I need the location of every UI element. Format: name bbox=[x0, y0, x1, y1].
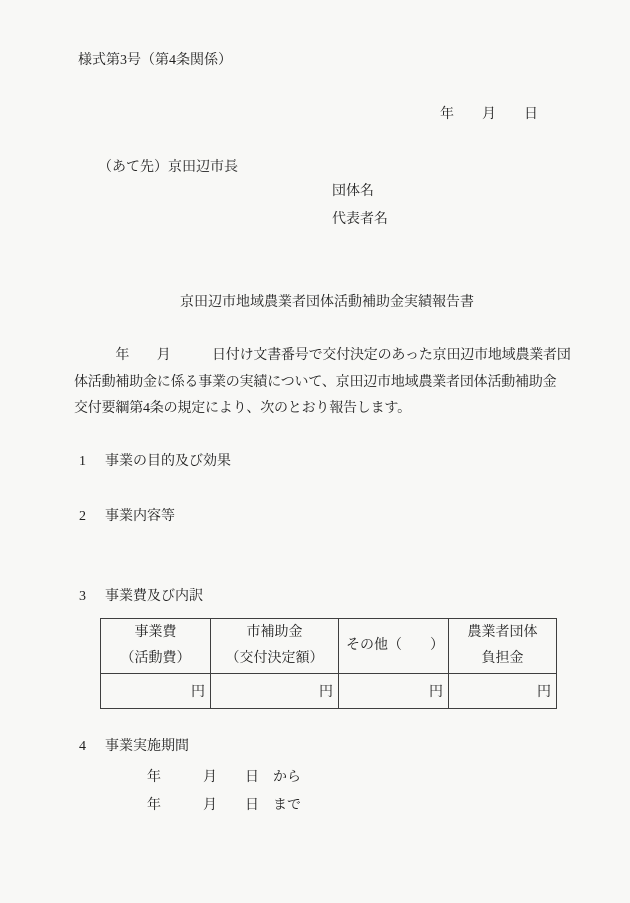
period-to-line: 年 月 日 まで bbox=[147, 796, 301, 816]
header-cell-city-subsidy: 市補助金 （交付決定額） bbox=[211, 619, 339, 674]
section-number: 4 bbox=[79, 737, 105, 757]
paragraph-line: 体活動補助金に係る事業の実績について、京田辺市地域農業者団体活動補助金 bbox=[74, 370, 574, 397]
amount-cell-group-burden: 円 bbox=[449, 674, 557, 709]
header-cell-group-burden: 農業者団体 負担金 bbox=[449, 619, 557, 674]
budget-table-header-row: 事業費 （活動費） 市補助金 （交付決定額） その他（ ） 農業者団体 負担金 bbox=[101, 619, 557, 674]
representative-label: 代表者名 bbox=[332, 210, 388, 230]
section-number: 2 bbox=[79, 507, 105, 527]
header-cell-project-cost: 事業費 （活動費） bbox=[101, 619, 211, 674]
amount-cell-project-cost: 円 bbox=[101, 674, 211, 709]
document-page: 様式第3号（第4条関係） 年 月 日 （あて先）京田辺市長 団体名 代表者名 京… bbox=[0, 0, 630, 903]
section-label: 事業の目的及び効果 bbox=[105, 454, 231, 469]
header-line: （交付決定額） bbox=[211, 646, 338, 672]
period-from-line: 年 月 日 から bbox=[147, 768, 301, 788]
budget-table: 事業費 （活動費） 市補助金 （交付決定額） その他（ ） 農業者団体 負担金 bbox=[100, 618, 557, 709]
header-line: 農業者団体 bbox=[449, 620, 556, 646]
section-label: 事業実施期間 bbox=[105, 739, 189, 754]
section-number: 3 bbox=[79, 587, 105, 607]
header-line: 事業費 bbox=[101, 620, 210, 646]
section-heading-budget: 3事業費及び内訳 bbox=[79, 587, 203, 607]
addressee: （あて先）京田辺市長 bbox=[98, 158, 238, 178]
paragraph-line: 年 月 日付け文書番号で交付決定のあった京田辺市地域農業者団 bbox=[74, 343, 574, 370]
section-label: 事業費及び内訳 bbox=[105, 589, 203, 604]
section-heading-purpose: 1事業の目的及び効果 bbox=[79, 452, 231, 472]
header-line: 市補助金 bbox=[211, 620, 338, 646]
date-line: 年 月 日 bbox=[440, 105, 538, 125]
header-line: 負担金 bbox=[449, 646, 556, 672]
header-line: その他（ ） bbox=[346, 633, 448, 659]
amount-cell-city-subsidy: 円 bbox=[211, 674, 339, 709]
section-heading-period: 4事業実施期間 bbox=[79, 737, 189, 757]
section-number: 1 bbox=[79, 452, 105, 472]
section-heading-contents: 2事業内容等 bbox=[79, 507, 175, 527]
document-title: 京田辺市地域農業者団体活動補助金実績報告書 bbox=[180, 293, 474, 313]
form-number: 様式第3号（第4条関係） bbox=[78, 51, 232, 71]
amount-cell-other: 円 bbox=[339, 674, 449, 709]
budget-table-amount-row: 円 円 円 円 bbox=[101, 674, 557, 709]
paragraph-line: 交付要綱第4条の規定により、次のとおり報告します。 bbox=[74, 396, 574, 423]
section-label: 事業内容等 bbox=[105, 509, 175, 524]
header-cell-other: その他（ ） bbox=[339, 619, 449, 674]
report-statement-paragraph: 年 月 日付け文書番号で交付決定のあった京田辺市地域農業者団 体活動補助金に係る… bbox=[74, 343, 574, 423]
group-name-label: 団体名 bbox=[332, 182, 374, 202]
header-line: （活動費） bbox=[101, 646, 210, 672]
